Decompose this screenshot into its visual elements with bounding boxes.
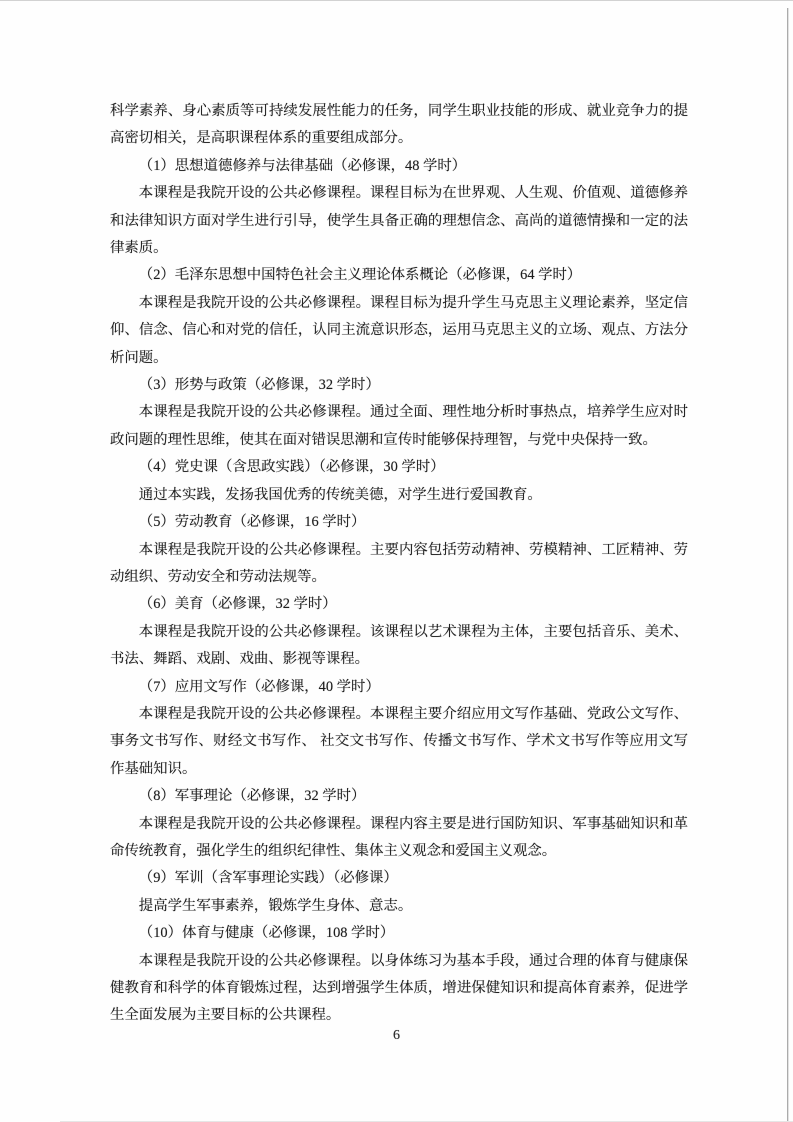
course-description-4: 通过本实践，发扬我国优秀的传统美德，对学生进行爱国教育。 <box>110 482 688 509</box>
course-heading-4: （4）党史课（含思政实践）（必修课，30 学时） <box>110 454 688 481</box>
page-number: 6 <box>0 1026 793 1046</box>
course-heading-9: （9）军训（含军事理论实践）（必修课） <box>110 865 688 892</box>
course-heading-7: （7）应用文写作（必修课，40 学时） <box>110 674 688 701</box>
course-description-9: 提高学生军事素养，锻炼学生身体、意志。 <box>110 893 688 920</box>
course-heading-2: （2）毛泽东思想中国特色社会主义理论体系概论（必修课，64 学时） <box>110 262 688 289</box>
course-description-3: 本课程是我院开设的公共必修课程。通过全面、理性地分析时事热点，培养学生应对时政问… <box>110 399 688 454</box>
document-body: 科学素养、身心素质等可持续发展性能力的任务，同学生职业技能的形成、就业竞争力的提… <box>110 98 688 1030</box>
scan-edge-right <box>787 8 788 1122</box>
course-description-10: 本课程是我院开设的公共必修课程。以身体练习为基本手段，通过合理的体育与健康保健教… <box>110 948 688 1030</box>
course-description-5: 本课程是我院开设的公共必修课程。主要内容包括劳动精神、劳模精神、工匠精神、劳动组… <box>110 537 688 592</box>
course-description-8: 本课程是我院开设的公共必修课程。课程内容主要是进行国防知识、军事基础知识和革命传… <box>110 811 688 866</box>
course-heading-3: （3）形势与政策（必修课，32 学时） <box>110 372 688 399</box>
course-heading-6: （6）美育（必修课，32 学时） <box>110 591 688 618</box>
course-description-2: 本课程是我院开设的公共必修课程。课程目标为提升学生马克思主义理论素养，坚定信仰、… <box>110 290 688 372</box>
course-heading-1: （1）思想道德修养与法律基础（必修课，48 学时） <box>110 153 688 180</box>
course-heading-8: （8）军事理论（必修课，32 学时） <box>110 783 688 810</box>
intro-paragraph-continuation: 科学素养、身心素质等可持续发展性能力的任务，同学生职业技能的形成、就业竞争力的提… <box>110 98 688 153</box>
course-description-7: 本课程是我院开设的公共必修课程。本课程主要介绍应用文写作基础、党政公文写作、事务… <box>110 701 688 783</box>
course-description-1: 本课程是我院开设的公共必修课程。课程目标为在世界观、人生观、价值观、道德修养和法… <box>110 180 688 262</box>
scan-edge-top <box>0 0 793 1</box>
course-description-6: 本课程是我院开设的公共必修课程。该课程以艺术课程为主体，主要包括音乐、美术、书法… <box>110 619 688 674</box>
course-heading-10: （10）体育与健康（必修课，108 学时） <box>110 920 688 947</box>
course-heading-5: （5）劳动教育（必修课，16 学时） <box>110 509 688 536</box>
scanned-document-page: 科学素养、身心素质等可持续发展性能力的任务，同学生职业技能的形成、就业竞争力的提… <box>0 0 793 1122</box>
